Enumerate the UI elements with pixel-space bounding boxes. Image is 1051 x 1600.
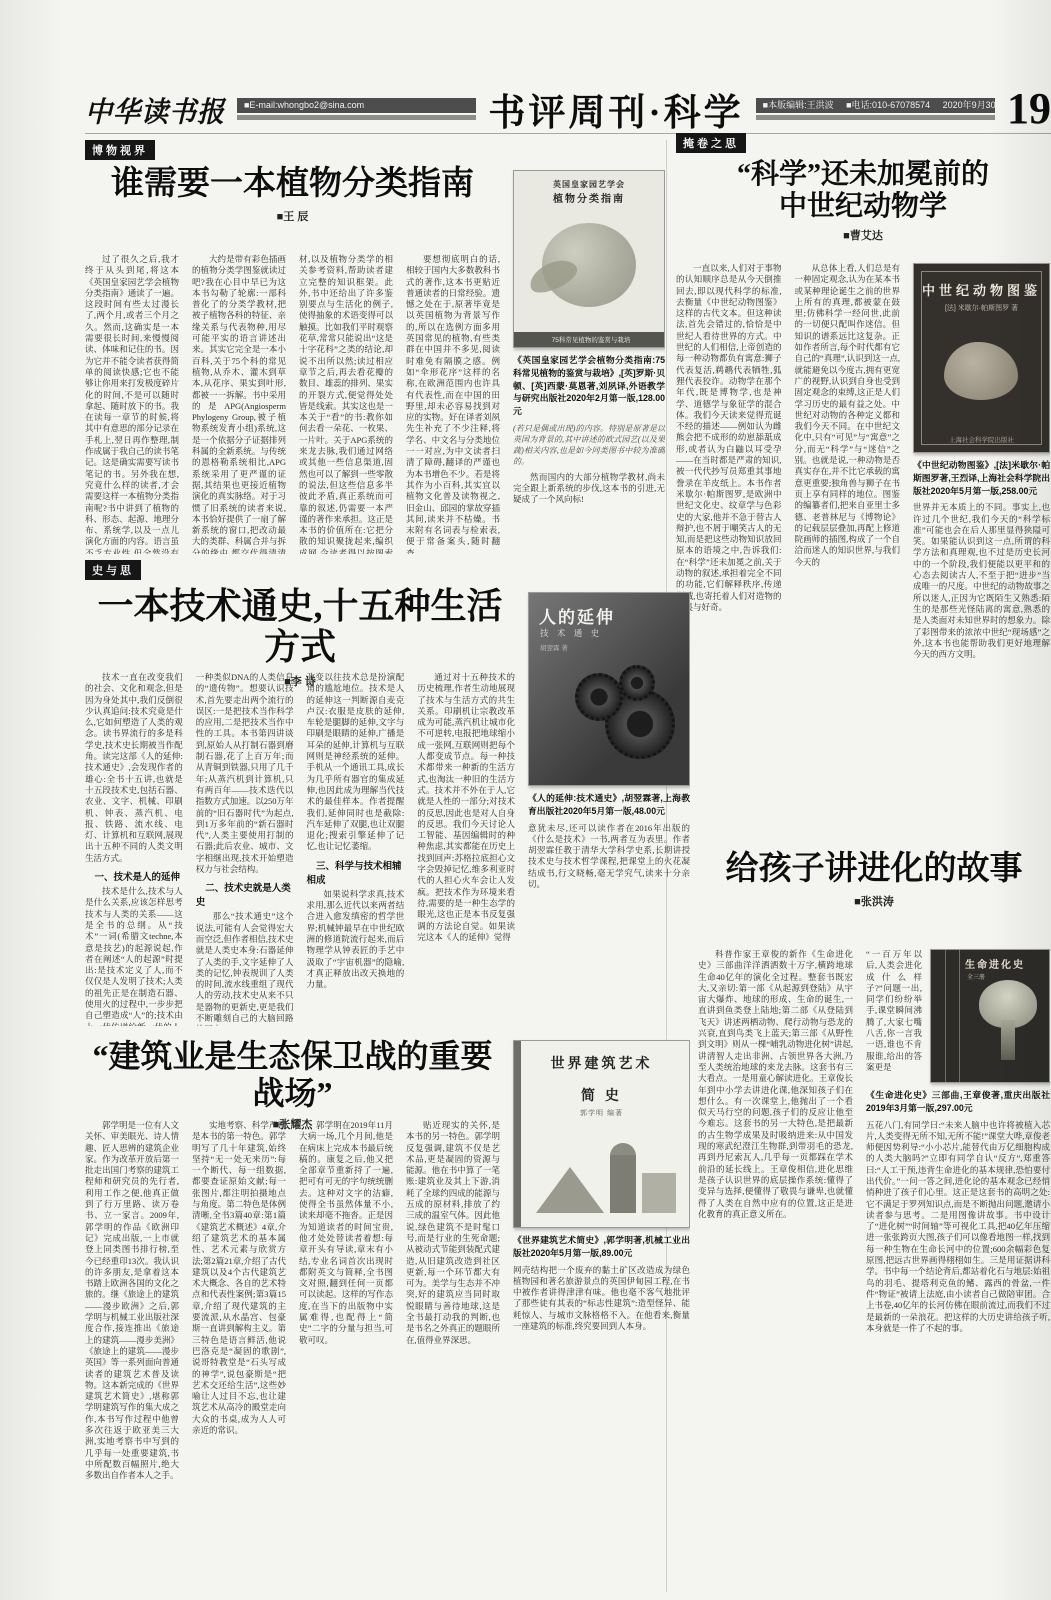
cover-volume-line: 全三册 bbox=[967, 972, 985, 981]
text-column: 改变以往技术总是扮演配角的尴尬地位。技术是人的延伸这一判断源自麦克卢汉:衣服是皮… bbox=[307, 672, 405, 993]
article-columns: 一直以来,人们对于事物的认知顺序总是从今天倒推回去,即以现代科学的标准,去衡量《… bbox=[676, 263, 1050, 663]
body-text: 一种类似DNA的人类信息的“遗传物”。想要认识技术,首先要走出两个流行的误区:一… bbox=[196, 672, 294, 875]
text-column: 从总体上看,人们总是有一种固定观念,认为在某本书或某种理论诞生之前的世界上所有的… bbox=[795, 263, 901, 571]
body-text: 从总体上看,人们总是有一种固定观念,认为在某本书或某种理论诞生之前的世界上所有的… bbox=[795, 263, 901, 568]
body-text: 郭学明是一位有人文关怀、审美眼光、诗人情趣、匠人思辨的建筑企业家。作为改革开放后… bbox=[85, 1120, 179, 1482]
text-column: 过了很久之后,我才终于从头到尾,将这本《英国皇家园艺学会植物分类指南》通读了一遍… bbox=[85, 254, 179, 554]
cover-title-line: 植物分类指南 bbox=[514, 190, 664, 205]
text-column: 科普作家王章俊的新作《生命进化史》三部曲洋洋洒洒数十万字,横跨地球生命40亿年的… bbox=[698, 949, 853, 1223]
article-header: “科学”还未加冕前的 中世纪动物学 ■曹艾达 bbox=[676, 159, 1050, 263]
article-kicker-row: 掩卷之思 bbox=[676, 133, 1050, 153]
newspaper-page: 中华读书报 ■E-mail:whongbo2@sina.com 书评周刊·科学 … bbox=[0, 0, 1051, 1600]
cover-title-line: 人的延伸 bbox=[539, 603, 615, 628]
kicker-badge: 博物视界 bbox=[85, 140, 155, 160]
figure-column: 中世纪动物图鉴 [法] 米歇尔·帕斯图罗 著 上海社会科学院出版社 《中世纪动物… bbox=[913, 263, 1050, 663]
article-title: “建筑业是生态保卫战的重要战场” bbox=[85, 1038, 500, 1112]
body-text: 材,以及植物分类学的相关参考资料,帮助读者建立完整的知识框架。此外,书中还给出了… bbox=[299, 254, 393, 554]
book-caption: 《中世纪动物图鉴》,[法]米歇尔·帕斯图罗著,王烈译,上海社会科学院出版社202… bbox=[913, 459, 1050, 497]
text-column: 一种类似DNA的人类信息的“遗传物”。想要认识技术,首先要走出两个流行的误区:一… bbox=[196, 672, 294, 1026]
book-cover-life-evolution: 生命进化史 全三册 bbox=[930, 949, 1050, 1083]
article-title: 给孩子讲进化的故事 bbox=[698, 851, 1050, 889]
book-caption: 《人的延伸:技术通史》,胡翌霖著,上海教育出版社2020年5月第一版,48.00… bbox=[528, 792, 690, 818]
figure-column: 英国皇家园艺学会 植物分类指南 75科常见植物的鉴赏与栽培 《英国皇家园艺学会植… bbox=[513, 170, 665, 508]
cover-subtitle-line: 技 术 通 史 bbox=[540, 627, 602, 639]
email-bar-stack: ■E-mail:whongbo2@sina.com bbox=[237, 98, 476, 120]
kicker-badge: 史与思 bbox=[85, 560, 141, 580]
text-column: 材,以及植物分类学的相关参考资料,帮助读者建立完整的知识框架。此外,书中还给出了… bbox=[299, 254, 393, 554]
book-cover-world-architecture: 世界建筑艺术 简 史 郭学明 编著 bbox=[513, 1040, 690, 1228]
text-column: 要想彻底明白的话,相较于国内大多数教科书式的著作,这本书更贴近普通读者的日常经验… bbox=[406, 254, 500, 554]
text-column: 技术一直在改变我们的社会、文化和观念,但是因为身处其中,我们反倒很少认真追问:技… bbox=[85, 672, 183, 1026]
article-technology-history: 史与思 一本技术通史,十五种生活方式 ■李 诗 技术一直在改变我们的社会、文化和… bbox=[85, 560, 690, 1026]
article-architecture: “建筑业是生态保卫战的重要战场” ■张耀杰 郭学明是一位有人文关怀、审美眼光、诗… bbox=[85, 1032, 690, 1600]
kicker-badge: 掩卷之思 bbox=[676, 133, 746, 153]
body-text: 那么“技术通史”这个说法,可能有人会觉得宏大而空泛,但作者相信,技术史就是人类史… bbox=[196, 911, 294, 1026]
gear-illustration bbox=[619, 665, 655, 701]
book-cover-plant-guide: 英国皇家园艺学会 植物分类指南 75科常见植物的鉴赏与栽培 bbox=[513, 170, 665, 348]
phone-label: ■电话:010-67078574 bbox=[846, 100, 930, 110]
editor-bar-rule bbox=[756, 115, 995, 120]
building-illustration bbox=[642, 1173, 676, 1213]
editor-bar-stack: ■本版编辑:王洪波 ■电话:010-67078574 2020年9月30日 bbox=[756, 98, 995, 120]
subhead: 二、技术史就是人类史 bbox=[196, 880, 294, 908]
body-text: 贴近现实的关怀,是本书的另一特色。郭学明反复强调,建筑不仅是艺术品,更是凝固的资… bbox=[406, 1120, 500, 1346]
gear-illustration bbox=[575, 673, 623, 721]
article-header: 给孩子讲进化的故事 ■张洪涛 bbox=[698, 851, 1050, 949]
body-text: 然而国内的大部分植物学教材,尚未完全跟上新系统的步伐,这本书的引进,无疑成了一个… bbox=[513, 472, 665, 506]
pyramid-illustration bbox=[536, 1167, 604, 1213]
body-text: 要想彻底明白的话,相较于国内大多数教科书式的著作,这本书更贴近普通读者的日常经验… bbox=[406, 254, 500, 554]
building-illustration bbox=[610, 1155, 636, 1213]
article-title: “科学”还未加冕前的 中世纪动物学 bbox=[676, 159, 1050, 223]
cover-title-line: 英国皇家园艺学会 bbox=[514, 179, 664, 190]
email-bar: ■E-mail:whongbo2@sina.com bbox=[237, 98, 476, 113]
text-column: 郭学明是一位有人文关怀、审美眼光、诗人情趣、匠人思辨的建筑企业家。作为改革开放后… bbox=[85, 1120, 179, 1485]
body-text: 过了很久之后,我才终于从头到尾,将这本《英国皇家园艺学会植物分类指南》通读了一遍… bbox=[85, 254, 179, 554]
article-byline: ■曹艾达 bbox=[676, 227, 1050, 243]
article-columns: 技术一直在改变我们的社会、文化和观念,但是因为身处其中,我们反倒很少认真追问:技… bbox=[85, 672, 690, 1026]
spine-line bbox=[959, 950, 960, 1082]
body-text: 科普作家王章俊的新作《生命进化史》三部曲洋洋洒洒数十万字,横跨地球生命40亿年的… bbox=[698, 949, 853, 1220]
article-columns: 过了很久之后,我才终于从头到尾,将这本《英国皇家园艺学会植物分类指南》通读了一遍… bbox=[85, 254, 665, 554]
cover-subtitle-band: 75科常见植物的鉴赏与栽培 bbox=[514, 332, 665, 347]
text-column: 郭学明在2019年11月大病一场,几个月间,他是在病床上完成本书最后统稿的。康复… bbox=[299, 1120, 393, 1349]
body-text: “一百万年以后,人类会进化成什么样子?”问题一出,同学们纷纷举手,课堂瞬间沸腾了… bbox=[866, 949, 922, 1073]
article-byline: ■张洪涛 bbox=[698, 893, 1050, 909]
article-evolution-for-kids: 给孩子讲进化的故事 ■张洪涛 科普作家王章俊的新作《生命进化史》三部曲洋洋洒洒数… bbox=[698, 845, 1050, 1600]
body-text: 网壳结构把一个废弃的黏土矿区改造成为绿色植物园和著名旅游景点的英国伊甸园工程,在… bbox=[513, 1265, 690, 1333]
section-title: 书评周刊·科学 bbox=[488, 82, 743, 136]
editor-bar: ■本版编辑:王洪波 ■电话:010-67078574 2020年9月30日 bbox=[756, 98, 995, 113]
text-column: 实地考察、科学严谨是本书的第一特色。郭学明写了几十年建筑,始终坚持“无一处无来历… bbox=[192, 1120, 286, 1439]
cover-spine bbox=[514, 1041, 521, 1227]
subhead: 一、技术是人的延伸 bbox=[85, 869, 183, 883]
body-text: 五花八门,有同学曰:“未来人脑中也许将被植入芯片,人类变得无所不知,无所不能!”… bbox=[866, 1120, 1050, 1335]
book-cover-medieval-bestiary: 中世纪动物图鉴 [法] 米歇尔·帕斯图罗 著 上海社会科学院出版社 bbox=[913, 263, 1050, 453]
page-number: 19 bbox=[1007, 87, 1051, 131]
subhead: 三、科学与技术相辅相成 bbox=[307, 858, 405, 886]
editor-label: ■本版编辑:王洪波 bbox=[763, 100, 834, 110]
masthead: 中华读书报 ■E-mail:whongbo2@sina.com 书评周刊·科学 … bbox=[85, 82, 1051, 136]
article-plant-guide: 博物视界 谁需要一本植物分类指南 ■王 辰 过了很久之后,我才终于从头到尾,将这… bbox=[85, 140, 665, 554]
body-text: 意犹未尽,还可以读作者在2016年出版的《什么是技术》一书,两者互为表里。作者胡… bbox=[528, 823, 690, 891]
text-column: 通过对十五种技术的历史梳理,作者生动地展现了技术与生活方式的共生关系。印刷机让宗… bbox=[417, 672, 515, 946]
figure-column: 人的延伸 技 术 通 史 胡翌霖 著 《人的延伸:技术通史》,胡翌霖著,上海教育… bbox=[528, 592, 690, 893]
cover-title-line: 生命进化史 bbox=[965, 956, 1025, 971]
cover-author-line: 胡翌霖 著 bbox=[540, 643, 568, 652]
book-caption: 《生命进化史》三部曲,王章俊著,重庆出版社2019年3月第一版,297.00元 bbox=[866, 1089, 1050, 1115]
body-text: 如果说科学求真,技术求用,那么近代以来两者结合进入愈发缜密的哲学世界;机械钟最早… bbox=[307, 889, 405, 991]
article-kicker-row: 史与思 bbox=[85, 560, 690, 580]
text-column: 贴近现实的关怀,是本书的另一特色。郭学明反复强调,建筑不仅是艺术品,更是凝固的资… bbox=[406, 1120, 500, 1349]
body-text: 改变以往技术总是扮演配角的尴尬地位。技术是人的延伸这一判断源自麦克卢汉:衣服是皮… bbox=[307, 672, 405, 853]
body-text: 世界并无本质上的不同。事实上,也许过几个世纪,我们今天的“科学标准”可能也会在后… bbox=[913, 502, 1050, 660]
masthead-logo: 中华读书报 bbox=[85, 89, 225, 130]
editor-note: (若只是偶或出现)的内容。特别是原著是以英国为背景的,其中讲述的欧式园艺(以及果… bbox=[513, 423, 665, 468]
title-line-1: “科学”还未加冕前的 bbox=[676, 159, 1050, 191]
article-title: 一本技术通史,十五种生活方式 bbox=[85, 586, 515, 669]
title-line-2: 中世纪动物学 bbox=[676, 191, 1050, 223]
date-label: 2020年9月30日 bbox=[943, 100, 995, 110]
article-columns: 郭学明是一位有人文关怀、审美眼光、诗人情趣、匠人思辨的建筑企业家。作为改革开放后… bbox=[85, 1120, 690, 1485]
article-medieval-zoology: 掩卷之思 “科学”还未加冕前的 中世纪动物学 ■曹艾达 一直以来,人们对于事物的… bbox=[676, 133, 1050, 835]
figure-text-column: “一百万年以后,人类会进化成什么样子?”问题一出,同学们纷纷举手,课堂瞬间沸腾了… bbox=[866, 949, 1050, 1337]
cover-title-line: 世界建筑艺术 bbox=[514, 1053, 689, 1073]
cover-text-row: “一百万年以后,人类会进化成什么样子?”问题一出,同学们纷纷举手,课堂瞬间沸腾了… bbox=[866, 949, 1050, 1083]
figure-column: 世界建筑艺术 简 史 郭学明 编著 《世界建筑艺术简史》,郭学明著,机械工业出版… bbox=[513, 1040, 690, 1335]
spine-line bbox=[945, 950, 946, 1082]
cover-title-line: 简 史 bbox=[514, 1085, 689, 1105]
body-text: 技术是什么,技术与人是什么关系,应该怎样思考技术与人类的关系——这是全书的总纲。… bbox=[85, 886, 183, 1026]
cover-publisher-line: 上海社会科学院出版社 bbox=[914, 435, 1049, 444]
body-text: 通过对十五种技术的历史梳理,作者生动地展现了技术与生活方式的共生关系。印刷机让宗… bbox=[417, 672, 515, 943]
article-title: 谁需要一本植物分类指南 bbox=[85, 166, 500, 204]
body-text: 技术一直在改变我们的社会、文化和观念,但是因为身处其中,我们反倒很少认真追问:技… bbox=[85, 672, 183, 864]
article-columns: 科普作家王章俊的新作《生命进化史》三部曲洋洋洒洒数十万字,横跨地球生命40亿年的… bbox=[698, 949, 1050, 1337]
body-text: 一直以来,人们对于事物的认知顺序总是从今天倒推回去,即以现代科学的标准,去衡量《… bbox=[676, 263, 782, 613]
email-bar-rule bbox=[237, 115, 476, 120]
book-caption: 《世界建筑艺术简史》,郭学明著,机械工业出版社2020年5月第一版,89.00元 bbox=[513, 1234, 690, 1260]
cover-author-line: 郭学明 编著 bbox=[514, 1108, 689, 1118]
body-text: 郭学明在2019年11月大病一场,几个月间,他是在病床上完成本书最后统稿的。康复… bbox=[299, 1120, 393, 1346]
article-byline: ■王 辰 bbox=[85, 208, 500, 224]
body-text: 实地考察、科学严谨是本书的第一特色。郭学明写了几十年建筑,始终坚持“无一处无来历… bbox=[192, 1120, 286, 1436]
body-text: 大约是带有彩色插画的植物分类学图鉴就读过吧?我在心目中早已为这本书勾勒了轮廓:一… bbox=[192, 254, 286, 554]
book-cover-extensions-of-man: 人的延伸 技 术 通 史 胡翌霖 著 bbox=[528, 592, 690, 786]
book-caption: 《英国皇家园艺学会植物分类指南:75科常见植物的鉴赏与栽培》,[英]罗斯·贝顿、… bbox=[513, 354, 665, 418]
text-column: 一直以来,人们对于事物的认知顺序总是从今天倒推回去,即以现代科学的标准,去衡量《… bbox=[676, 263, 782, 616]
text-column: 大约是带有彩色插画的植物分类学图鉴就读过吧?我在心目中早已为这本书勾勒了轮廓:一… bbox=[192, 254, 286, 554]
article-kicker-row: 博物视界 bbox=[85, 140, 665, 160]
cloud-stem-illustration bbox=[1001, 1020, 1015, 1060]
